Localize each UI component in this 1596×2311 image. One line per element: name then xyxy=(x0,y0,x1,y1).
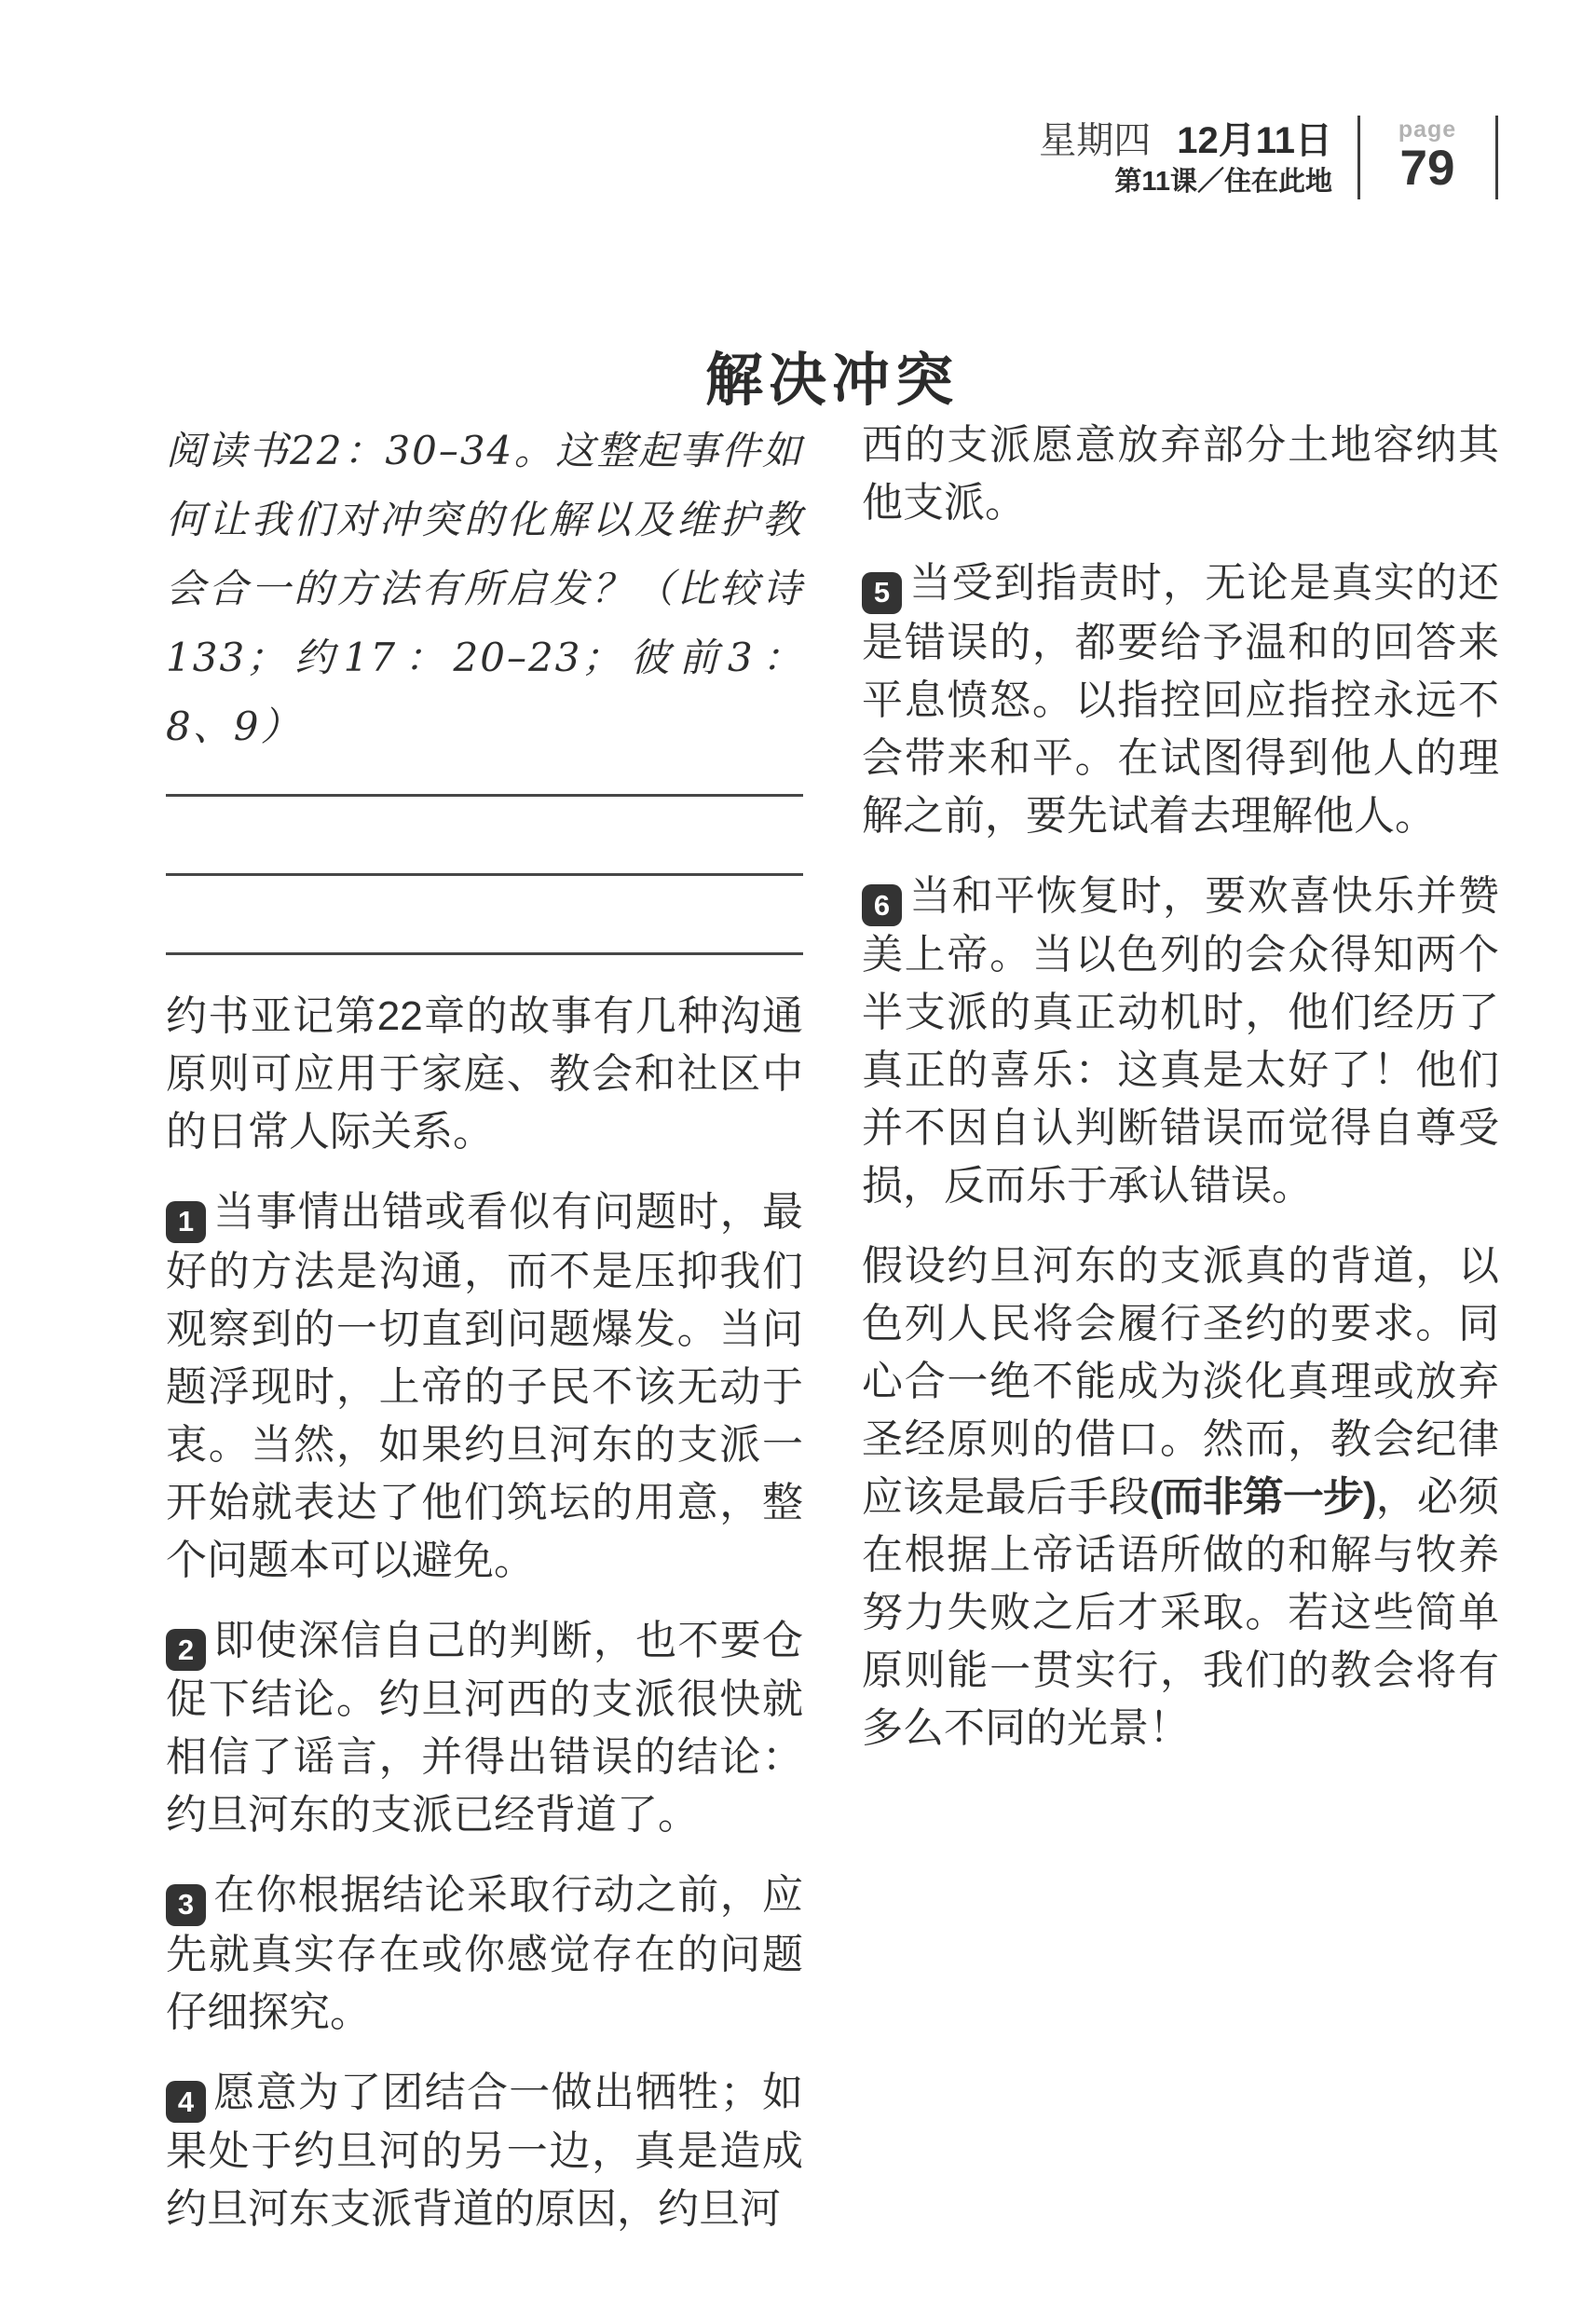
item-number-badge: 1 xyxy=(166,1201,206,1243)
paragraph-text: 在你根据结论采取行动之前，应先就真实存在或你感觉存在的问题仔细探究。 xyxy=(166,1872,803,2035)
numbered-item-2: 2即使深信自己的判断，也不要仓促下结论。约旦河西的支派很快就相信了谣言，并得出错… xyxy=(166,1612,803,1845)
paragraph-text: 当受到指责时，无论是真实的还是错误的，都要给予温和的回答来平息愤怒。以指控回应指… xyxy=(862,560,1499,839)
item-number-badge: 5 xyxy=(862,572,902,614)
numbered-item-3: 3在你根据结论采取行动之前，应先就真实存在或你感觉存在的问题仔细探究。 xyxy=(166,1867,803,2042)
numbered-item-5: 5当受到指责时，无论是真实的还是错误的，都要给予温和的回答来平息愤怒。以指控回应… xyxy=(862,554,1499,845)
answer-line xyxy=(166,876,803,955)
page-header: 星期四12月11日 第11课／住在此地 xyxy=(0,119,1332,198)
header-divider-line-right xyxy=(1495,116,1498,199)
page-number-block: page 79 xyxy=(1360,117,1494,195)
numbered-item-6: 6当和平恢复时，要欢喜快乐并赞美上帝。当以色列的会众得知两个半支派的真正动机时，… xyxy=(862,868,1499,1216)
item-number-badge: 2 xyxy=(166,1629,206,1671)
lesson-page: { "header": { "weekday": "星期四", "date": … xyxy=(0,0,1596,2311)
left-column: 阅读书22：30–34。这整起事件如何让我们对冲突的化解以及维护教会合一的方法有… xyxy=(166,417,803,2238)
page-title: 解决冲突 xyxy=(166,348,1498,413)
intro-question: 阅读书22：30–34。这整起事件如何让我们对冲突的化解以及维护教会合一的方法有… xyxy=(166,417,803,761)
body-paragraph: 约书亚记第22章的故事有几种沟通原则可应用于家庭、教会和社区中的日常人际关系。 xyxy=(166,988,803,1161)
answer-line xyxy=(166,761,803,797)
right-column: 西的支派愿意放弃部分土地容纳其他支派。5当受到指责时，无论是真实的还是错误的，都… xyxy=(862,417,1499,1757)
page-number: 79 xyxy=(1360,143,1494,195)
answer-line xyxy=(166,797,803,876)
weekday-label: 星期四 xyxy=(1039,120,1151,161)
numbered-item-1: 1当事情出错或看似有问题时，最好的方法是沟通，而不是压抑我们观察到的一切直到问题… xyxy=(166,1183,803,1590)
paragraph-text: 当事情出错或看似有问题时，最好的方法是沟通，而不是压抑我们观察到的一切直到问题爆… xyxy=(166,1189,803,1583)
date-label: 12月11日 xyxy=(1177,120,1332,161)
item-number-badge: 6 xyxy=(862,884,902,926)
paragraph-text: 西的支派愿意放弃部分土地容纳其他支派。 xyxy=(862,422,1499,526)
item-number-badge: 3 xyxy=(166,1884,206,1926)
body-paragraph: 假设约旦河东的支派真的背道，以色列人民将会履行圣约的要求。同心合一绝不能成为淡化… xyxy=(862,1238,1499,1757)
paragraph-text: 当和平恢复时，要欢喜快乐并赞美上帝。当以色列的会众得知两个半支派的真正动机时，他… xyxy=(862,873,1499,1210)
emphasized-text: (而非第一步) xyxy=(1150,1474,1376,1520)
page-label: page xyxy=(1360,117,1494,142)
lesson-label: 第11课／住在此地 xyxy=(0,166,1332,198)
paragraph-text: 约书亚记第22章的故事有几种沟通原则可应用于家庭、教会和社区中的日常人际关系。 xyxy=(166,993,803,1155)
header-date-line: 星期四12月11日 xyxy=(0,119,1332,162)
item-number-badge: 4 xyxy=(166,2081,206,2123)
answer-lines xyxy=(166,761,803,955)
paragraph-text: 阅读书22：30–34。这整起事件如何让我们对冲突的化解以及维护教会合一的方法有… xyxy=(166,428,803,749)
paragraph-text: 即使深信自己的判断，也不要仓促下结论。约旦河西的支派很快就相信了谣言，并得出错误… xyxy=(166,1618,803,1839)
paragraph-text: 愿意为了团结合一做出牺牲；如果处于约旦河的另一边，真是造成约旦河东支派背道的原因… xyxy=(166,2070,803,2233)
numbered-item-4: 4愿意为了团结合一做出牺牲；如果处于约旦河的另一边，真是造成约旦河东支派背道的原… xyxy=(166,2064,803,2239)
body-paragraph: 西的支派愿意放弃部分土地容纳其他支派。 xyxy=(862,417,1499,532)
